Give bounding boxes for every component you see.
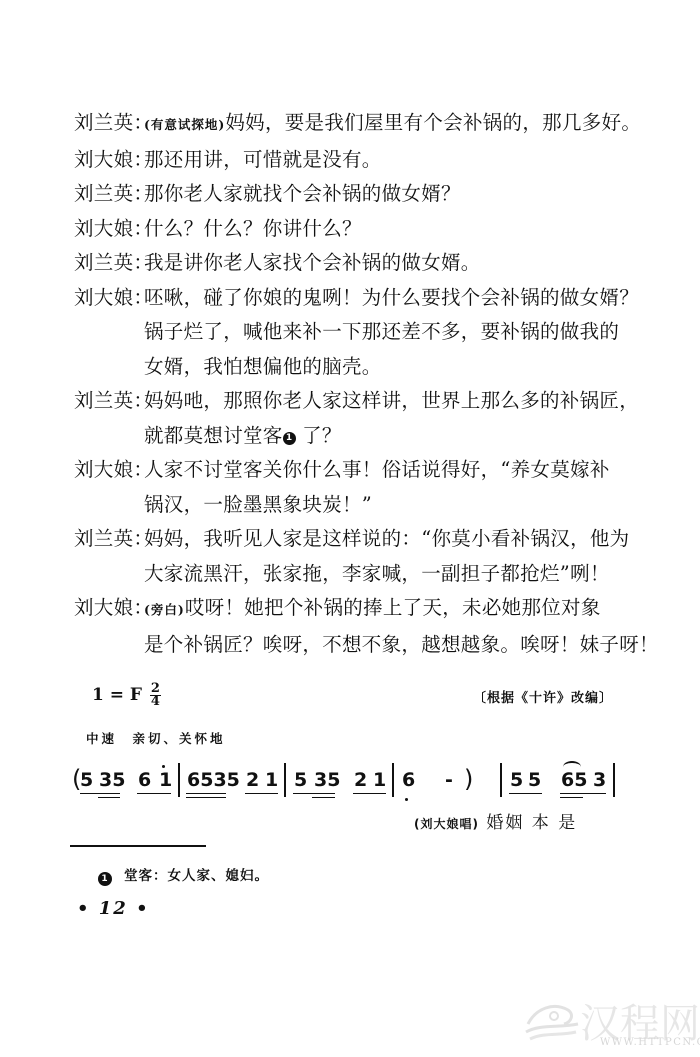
dialogue-line: 刘兰英：妈妈，我听见人家是这样说的：“你莫小看补锅汉，他为 (74, 522, 674, 557)
stage-direction: (有意试探地) (144, 117, 225, 132)
beam (353, 793, 386, 794)
dialogue-line: 刘兰英：妈妈吔，那照你老人家这样讲，世界上那么多的补锅匠， (74, 384, 674, 419)
beam (137, 793, 171, 794)
beam (560, 797, 583, 798)
barline (284, 763, 286, 797)
beam (509, 793, 542, 794)
dialogue-continuation: 大家流黑汗，张家拖，李家喊，一副担子都抢烂”咧！ (74, 557, 674, 592)
speaker: 刘兰英： (74, 177, 144, 212)
beam (80, 793, 120, 794)
speech: 人家不讨堂客关你什么事！俗话说得好，“养女莫嫁补 (144, 458, 610, 481)
footnote-text: 堂客：女人家、媳妇。 (124, 868, 269, 884)
speaker: 刘大娘： (74, 143, 144, 178)
beam (186, 797, 226, 798)
dialogue-line: 刘大娘：(旁白)哎呀！她把个补锅的捧上了天，未必她那位对象 (74, 591, 674, 628)
dialogue-line: 刘大娘：那还用讲，可惜就是没有。 (74, 143, 674, 178)
stage-direction: (旁白) (144, 602, 185, 617)
beam (560, 793, 606, 794)
dialogue-line: 刘兰英：(有意试探地)妈妈，要是我们屋里有个会补锅的，那几多好。 (74, 106, 674, 143)
barline (613, 763, 615, 797)
low-octave-dot (405, 798, 408, 801)
note: 6 (138, 769, 151, 791)
footnote-marker[interactable]: 1 (283, 432, 296, 445)
speech: 什么？什么？你讲什么？ (144, 217, 362, 240)
dialogue-line: 刘兰英：那你老人家就找个会补锅的做女婿？ (74, 177, 674, 212)
speaker: 刘大娘： (74, 212, 144, 247)
speech: 呸啾，碰了你娘的鬼咧！为什么要找个会补锅的做女婿？ (144, 286, 639, 309)
note: 5 (294, 769, 307, 791)
note: 2 (246, 769, 259, 791)
speech: 妈妈，要是我们屋里有个会补锅的，那几多好。 (225, 111, 641, 134)
dialogue-line: 刘大娘：人家不讨堂客关你什么事！俗话说得好，“养女莫嫁补 (74, 453, 674, 488)
barline (500, 763, 502, 797)
note: 35 (314, 769, 340, 791)
speaker: 刘兰英： (74, 106, 144, 141)
speech: 那还用讲，可惜就是没有。 (144, 148, 382, 171)
speech: 妈妈，我听见人家是这样说的：“你莫小看补锅汉，他为 (144, 527, 629, 550)
note: 6535 (187, 769, 240, 791)
note: 3 (593, 769, 606, 791)
note: 35 (99, 769, 125, 791)
speaker: 刘兰英： (74, 384, 144, 419)
speaker: 刘兰英： (74, 246, 144, 281)
footnote-divider (70, 845, 206, 847)
barline (392, 763, 394, 797)
note: 1 (373, 769, 386, 791)
dialogue-continuation: 是个补锅匠？唉呀，不想不象，越想越象。唉呀！妹子呀！ (74, 628, 674, 663)
footnote: 1堂客：女人家、媳妇。 (98, 864, 269, 886)
dialogue: 刘兰英：(有意试探地)妈妈，要是我们屋里有个会补锅的，那几多好。 刘大娘：那还用… (74, 106, 674, 662)
watermark-logo-icon (524, 994, 580, 1044)
dialogue-continuation: 锅子烂了，喊他来补一下那还差不多，要补锅的做我的 (74, 315, 674, 350)
dialogue-continuation: 就都莫想讨堂客1 了？ (74, 419, 674, 454)
time-signature: 24 (150, 683, 161, 708)
speaker: 刘兰英： (74, 522, 144, 557)
dialogue-line: 刘大娘：呸啾，碰了你娘的鬼咧！为什么要找个会补锅的做女婿？ (74, 281, 674, 316)
note: 5 (528, 769, 541, 791)
source-note: 〔根据《十许》改编〕 (473, 687, 613, 706)
dialogue-continuation: 锅汉，一脸墨黑象块炭！” (74, 488, 674, 523)
beam (245, 793, 278, 794)
note: 5 (80, 769, 93, 791)
barline (178, 763, 180, 797)
beam (312, 797, 335, 798)
key-signature: 1 = F 24 (92, 683, 161, 708)
beam (98, 797, 120, 798)
speech: 就都莫想讨堂客 (144, 424, 283, 447)
speaker: 刘大娘： (74, 453, 144, 488)
note: 2 (354, 769, 367, 791)
beam (293, 793, 335, 794)
speech: 妈妈吔，那照你老人家这样讲，世界上那么多的补锅匠， (144, 389, 639, 412)
jianpu-score: ( 5 35 6 1 6535 2 1 5 35 2 1 6 - ) 5 5 6… (72, 763, 632, 803)
note: 5 (510, 769, 523, 791)
note: 1 (265, 769, 278, 791)
dialogue-line: 刘兰英：我是讲你老人家找个会补锅的做女婿。 (74, 246, 674, 281)
key-label: 1 = F (92, 685, 142, 705)
lyrics-line: (刘大娘唱) 婚姻 本 是 (414, 808, 577, 833)
speech: 那你老人家就找个会补锅的做女婿？ (144, 182, 461, 205)
note: 6 (402, 769, 415, 791)
dialogue-line: 刘大娘：什么？什么？你讲什么？ (74, 212, 674, 247)
lyrics: 婚姻 本 是 (486, 813, 577, 833)
speech: 哎呀！她把个补锅的捧上了天，未必她那位对象 (185, 596, 601, 619)
rest-dash: - (445, 769, 453, 791)
watermark-url: WWW.HTTPCN.COM (600, 1037, 700, 1048)
speaker: 刘大娘： (74, 281, 144, 316)
tempo-marking: 中速 亲切、关怀地 (86, 729, 226, 747)
speech: 了？ (296, 424, 342, 447)
singer-label: (刘大娘唱) (414, 817, 479, 831)
high-octave-dot (162, 765, 165, 768)
beam (186, 793, 226, 794)
speaker: 刘大娘： (74, 591, 144, 626)
note-paren-close: ) (464, 765, 473, 793)
slur (563, 761, 581, 773)
page-number: • 12 • (77, 898, 150, 919)
speech: 我是讲你老人家找个会补锅的做女婿。 (144, 251, 481, 274)
footnote-marker: 1 (98, 872, 112, 886)
note: 1 (159, 769, 172, 791)
dialogue-continuation: 女婿，我怕想偏他的脑壳。 (74, 350, 674, 385)
